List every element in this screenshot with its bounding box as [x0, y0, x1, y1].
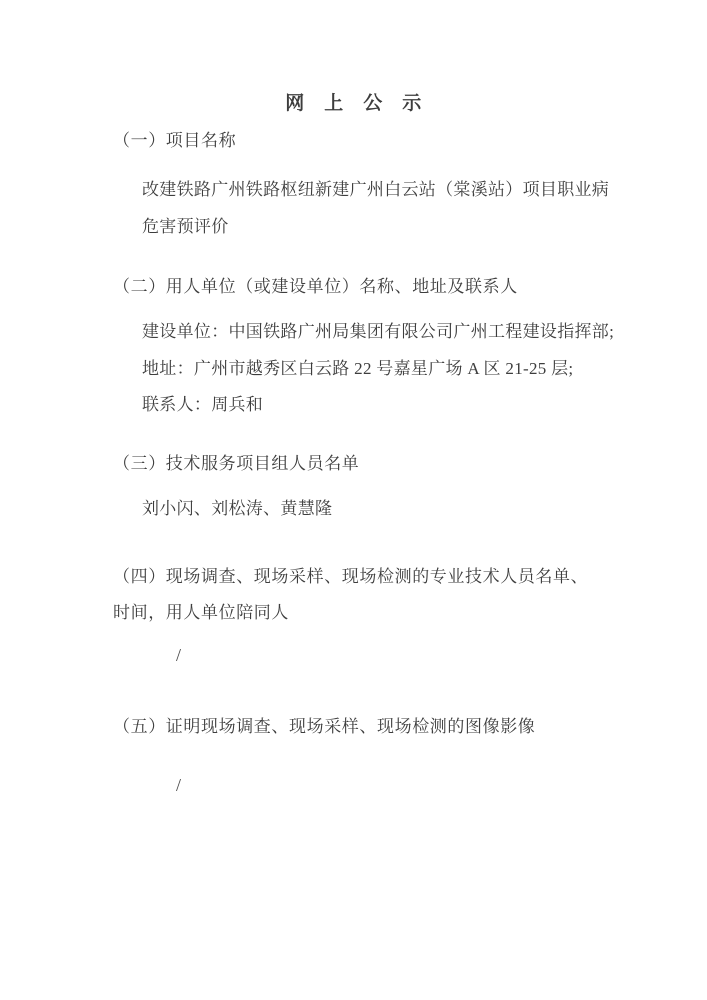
section-1-body-line-1: 改建铁路广州铁路枢纽新建广州白云站（棠溪站）项目职业病: [142, 180, 609, 200]
section-5-heading: （五）证明现场调查、现场采样、现场检测的图像影像: [113, 717, 535, 737]
section-4-heading-line-2: 时间，用人单位陪同人: [113, 603, 289, 623]
section-1-body-line-2: 危害预评价: [142, 217, 229, 237]
section-3-personnel-names: 刘小闪、刘松涛、黄慧隆: [142, 499, 332, 519]
section-1-heading: （一）项目名称: [113, 131, 236, 151]
section-4-heading-line-1: （四）现场调查、现场采样、现场检测的专业技术人员名单、: [113, 567, 588, 587]
section-2-heading: （二）用人单位（或建设单位）名称、地址及联系人: [113, 277, 518, 297]
section-2-address: 地址：广州市越秀区白云路 22 号嘉星广场 A 区 21-25 层;: [142, 359, 573, 379]
section-4-empty-value-slash: /: [176, 645, 181, 666]
section-3-heading: （三）技术服务项目组人员名单: [113, 454, 359, 474]
section-2-contact-person: 联系人：周兵和: [142, 395, 263, 415]
document-page: 网 上 公 示 （一）项目名称 改建铁路广州铁路枢纽新建广州白云站（棠溪站）项目…: [0, 0, 707, 1000]
document-title: 网 上 公 示: [0, 94, 707, 113]
section-5-empty-value-slash: /: [176, 775, 181, 796]
section-2-construction-unit: 建设单位：中国铁路广州局集团有限公司广州工程建设指挥部;: [142, 322, 614, 342]
